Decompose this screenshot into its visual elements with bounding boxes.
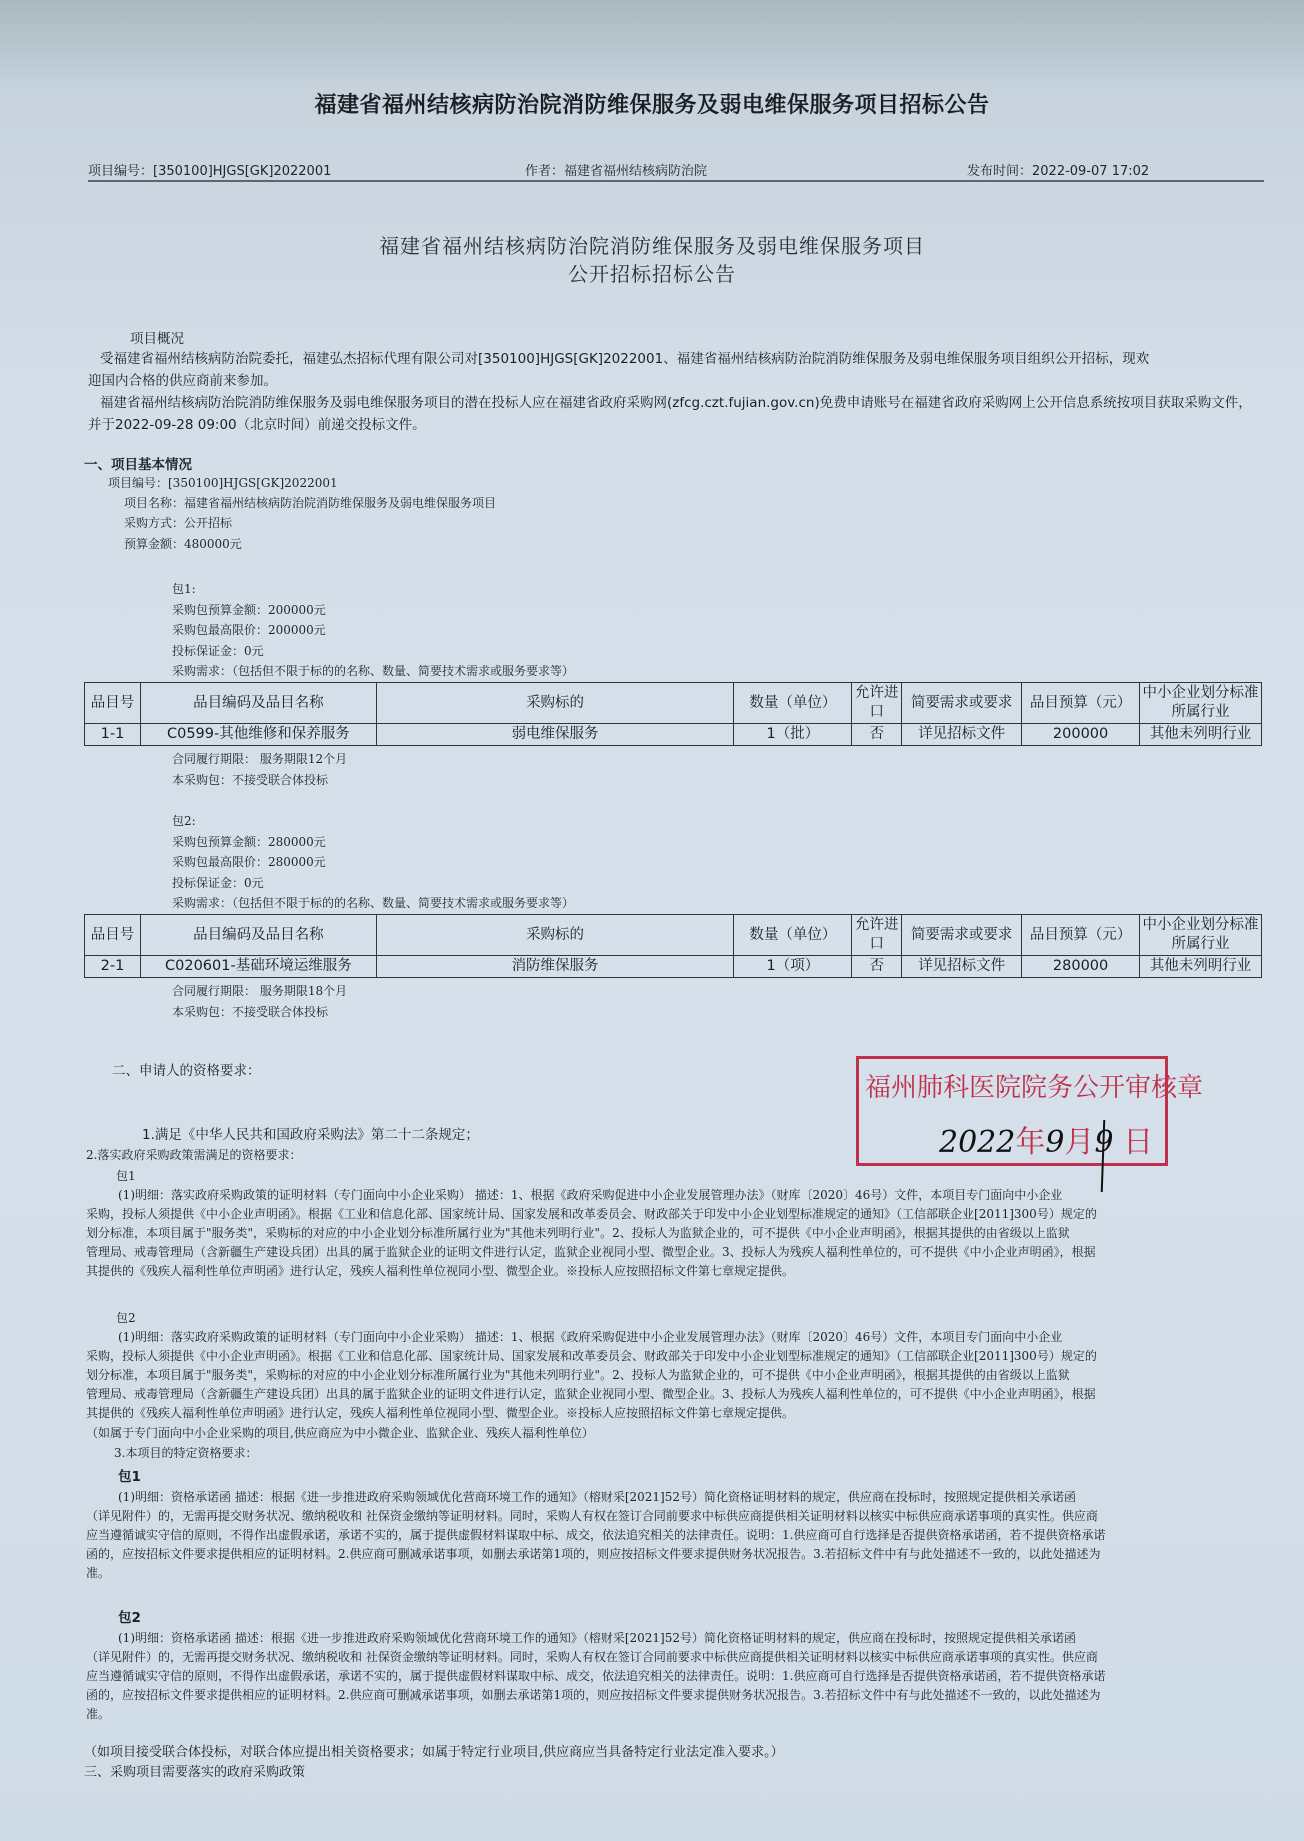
document-page: 福建省福州结核病防治院消防维保服务及弱电维保服务项目招标公告 项目编号：[350… xyxy=(0,0,1304,1841)
section2-special-pkg1-block: (1)明细：资格承诺函 描述：根据《进一步推进政府采购领域优化营商环境工作的通知… xyxy=(86,1488,1266,1583)
overview-para2-line2: 并于2022-09-28 09:00（北京时间）前递交投标文件。 xyxy=(88,414,426,436)
text-line: 函的，应按招标文件要求提供相应的证明材料。2.供应商可删减承诺事项，如删去承诺第… xyxy=(86,1686,1266,1705)
cell-item-no: 1-1 xyxy=(85,724,141,746)
text-line: (1)明细：落实政府采购政策的证明材料（专门面向中小企业采购） 描述：1、根据《… xyxy=(86,1186,1266,1205)
document-title-line1: 福建省福州结核病防治院消防维保服务及弱电维保服务项目 xyxy=(0,230,1304,259)
col-header-requirements: 简要需求或要求 xyxy=(902,683,1022,724)
document-title-line2: 公开招标招标公告 xyxy=(0,258,1304,287)
stamp-month: 9 xyxy=(1045,1125,1064,1160)
web-page-title: 福建省福州结核病防治院消防维保服务及弱电维保服务项目招标公告 xyxy=(0,88,1304,119)
cell-item-code-name: C020601-基础环境运维服务 xyxy=(140,956,376,978)
pkg1-items-table: 品目号 品目编码及品目名称 采购标的 数量（单位） 允许进口 简要需求或要求 品… xyxy=(84,682,1262,746)
cell-item-no: 2-1 xyxy=(85,956,141,978)
author-label: 作者： xyxy=(525,164,564,179)
section2-req1: 1.满足《中华人民共和国政府采购法》第二十二条规定； xyxy=(142,1124,479,1146)
publish-time-value: 2022-09-07 17:02 xyxy=(1032,164,1149,179)
pkg2-deposit: 投标保证金：0元 xyxy=(172,874,264,893)
overview-para1-line1: 受福建省福州结核病防治院委托，福建弘杰招标代理有限公司对[350100]HJGS… xyxy=(100,348,1149,370)
section2-special-pkg2-block: (1)明细：资格承诺函 描述：根据《进一步推进政府采购领域优化营商环境工作的通知… xyxy=(86,1629,1266,1724)
cell-quantity: 1（项） xyxy=(734,956,852,978)
cell-subject: 弱电维保服务 xyxy=(376,724,734,746)
col-header-budget: 品目预算（元） xyxy=(1022,915,1140,956)
pkg2-items-table: 品目号 品目编码及品目名称 采购标的 数量（单位） 允许进口 简要需求或要求 品… xyxy=(84,914,1262,978)
col-header-item-no: 品目号 xyxy=(85,915,141,956)
section2-sme-note: （如属于专门面向中小企业采购的项目,供应商应为中小微企业、监狱企业、残疾人福利性… xyxy=(86,1424,594,1443)
pkg1-demand: 采购需求：（包括但不限于标的的名称、数量、简要技术需求或服务要求等） xyxy=(172,662,574,681)
pkg1-deposit: 投标保证金：0元 xyxy=(172,642,264,661)
text-line: (1)明细：资格承诺函 描述：根据《进一步推进政府采购领域优化营商环境工作的通知… xyxy=(86,1488,1266,1507)
col-header-import: 允许进口 xyxy=(852,683,902,724)
overview-para1-line2: 迎国内合格的供应商前来参加。 xyxy=(88,370,277,392)
section1-project-name: 项目名称：福建省福州结核病防治院消防维保服务及弱电维保服务项目 xyxy=(124,494,496,513)
section2-req3: 3.本项目的特定资格要求： xyxy=(114,1444,257,1463)
pkg2-max-price: 采购包最高限价：280000元 xyxy=(172,853,326,872)
col-header-subject: 采购标的 xyxy=(376,915,734,956)
text-line: 管理局、戒毒管理局（含新疆生产建设兵团）出具的属于监狱企业的证明文件进行认定，监… xyxy=(86,1243,1266,1262)
text-line: 管理局、戒毒管理局（含新疆生产建设兵团）出具的属于监狱企业的证明文件进行认定，监… xyxy=(86,1385,1266,1404)
text-line: 采购，投标人须提供《中小企业声明函》。根据《工业和信息化部、国家统计局、国家发展… xyxy=(86,1205,1266,1224)
pkg2-consortium: 本采购包：不接受联合体投标 xyxy=(172,1003,328,1022)
col-header-budget: 品目预算（元） xyxy=(1022,683,1140,724)
meta-publish-time: 发布时间：2022-09-07 17:02 xyxy=(967,160,1149,179)
table-row: 1-1 C0599-其他维修和保养服务 弱电维保服务 1（批） 否 详见招标文件… xyxy=(85,724,1262,746)
text-line: 准。 xyxy=(86,1564,1266,1583)
section1-heading: 一、项目基本情况 xyxy=(84,454,192,476)
section2-heading: 二、申请人的资格要求： xyxy=(112,1060,261,1082)
col-header-industry: 中小企业划分标准所属行业 xyxy=(1140,915,1262,956)
publish-time-label: 发布时间： xyxy=(967,164,1032,179)
pkg2-label: 包2: xyxy=(172,812,196,831)
pkg1-term: 合同履行期限： 服务期限12个月 xyxy=(172,750,347,769)
col-header-subject: 采购标的 xyxy=(376,683,734,724)
cell-import: 否 xyxy=(852,724,902,746)
pkg2-term: 合同履行期限： 服务期限18个月 xyxy=(172,982,347,1001)
pkg1-max-price: 采购包最高限价：200000元 xyxy=(172,621,326,640)
section2-special-pkg2-label: 包2 xyxy=(118,1607,141,1629)
stamp-year-unit: 年 xyxy=(1015,1125,1045,1160)
cell-requirements: 详见招标文件 xyxy=(902,724,1022,746)
col-header-quantity: 数量（单位） xyxy=(734,683,852,724)
pkg2-budget: 采购包预算金额：280000元 xyxy=(172,833,326,852)
meta-author: 作者：福建省福州结核病防治院 xyxy=(525,160,707,179)
project-no-value: [350100]HJGS[GK]2022001 xyxy=(153,164,331,179)
col-header-requirements: 简要需求或要求 xyxy=(902,915,1022,956)
project-no-label: 项目编号： xyxy=(88,164,153,179)
header-divider xyxy=(88,180,1264,182)
text-line: （详见附件）的，无需再提交财务状况、缴纳税收和 社保资金缴纳等证明材料。同时，采… xyxy=(86,1507,1266,1526)
text-line: 应当遵循诚实守信的原则，不得作出虚假承诺，承诺不实的，属于提供虚假材料谋取中标、… xyxy=(86,1667,1266,1686)
stamp-day-unit: 日 xyxy=(1123,1125,1153,1160)
text-line: 其提供的《残疾人福利性单位声明函》进行认定，残疾人福利性单位视同小型、微型企业。… xyxy=(86,1404,1266,1423)
review-stamp: 福州肺科医院院务公开审核章 2022年9月9 日 xyxy=(856,1056,1168,1166)
pkg2-demand: 采购需求：（包括但不限于标的的名称、数量、简要技术需求或服务要求等） xyxy=(172,894,574,913)
text-line: 函的，应按招标文件要求提供相应的证明材料。2.供应商可删减承诺事项，如删去承诺第… xyxy=(86,1545,1266,1564)
col-header-item-code-name: 品目编码及品目名称 xyxy=(140,683,376,724)
cell-import: 否 xyxy=(852,956,902,978)
pkg1-consortium: 本采购包：不接受联合体投标 xyxy=(172,771,328,790)
pkg1-budget: 采购包预算金额：200000元 xyxy=(172,601,326,620)
cell-item-code-name: C0599-其他维修和保养服务 xyxy=(140,724,376,746)
section2-consortium-note: （如项目接受联合体投标，对联合体应提出相关资格要求；如属于特定行业项目,供应商应… xyxy=(84,1742,784,1764)
overview-heading: 项目概况 xyxy=(130,328,184,350)
text-line: 采购，投标人须提供《中小企业声明函》。根据《工业和信息化部、国家统计局、国家发展… xyxy=(86,1347,1266,1366)
section2-pkg1-label: 包1 xyxy=(116,1167,136,1186)
section2-pkg2-block: (1)明细：落实政府采购政策的证明材料（专门面向中小企业采购） 描述：1、根据《… xyxy=(86,1328,1266,1423)
meta-project-no: 项目编号：[350100]HJGS[GK]2022001 xyxy=(88,160,331,179)
text-line: 划分标准，本项目属于"服务类"，采购标的对应的中小企业划分标准所属行业为"其他未… xyxy=(86,1366,1266,1385)
col-header-item-no: 品目号 xyxy=(85,683,141,724)
cell-budget: 280000 xyxy=(1022,956,1140,978)
cell-industry: 其他未列明行业 xyxy=(1140,956,1262,978)
text-line: 划分标准，本项目属于"服务类"，采购标的对应的中小企业划分标准所属行业为"其他未… xyxy=(86,1224,1266,1243)
text-line: 准。 xyxy=(86,1705,1266,1724)
text-line: 其提供的《残疾人福利性单位声明函》进行认定，残疾人福利性单位视同小型、微型企业。… xyxy=(86,1262,1266,1281)
text-line: （详见附件）的，无需再提交财务状况、缴纳税收和 社保资金缴纳等证明材料。同时，采… xyxy=(86,1648,1266,1667)
cell-budget: 200000 xyxy=(1022,724,1140,746)
cell-requirements: 详见招标文件 xyxy=(902,956,1022,978)
pkg1-label: 包1: xyxy=(172,580,196,599)
section2-req2: 2.落实政府采购政策需满足的资格要求： xyxy=(86,1146,301,1165)
text-line: (1)明细：资格承诺函 描述：根据《进一步推进政府采购领域优化营商环境工作的通知… xyxy=(86,1629,1266,1648)
section1-budget: 预算金额：480000元 xyxy=(124,535,242,554)
table-row: 2-1 C020601-基础环境运维服务 消防维保服务 1（项） 否 详见招标文… xyxy=(85,956,1262,978)
table-header-row: 品目号 品目编码及品目名称 采购标的 数量（单位） 允许进口 简要需求或要求 品… xyxy=(85,683,1262,724)
table-header-row: 品目号 品目编码及品目名称 采购标的 数量（单位） 允许进口 简要需求或要求 品… xyxy=(85,915,1262,956)
col-header-item-code-name: 品目编码及品目名称 xyxy=(140,915,376,956)
stamp-year: 2022 xyxy=(939,1125,1015,1160)
stamp-title: 福州肺科医院院务公开审核章 xyxy=(865,1067,1203,1104)
cell-industry: 其他未列明行业 xyxy=(1140,724,1262,746)
cell-subject: 消防维保服务 xyxy=(376,956,734,978)
overview-para2-line1: 福建省福州结核病防治院消防维保服务及弱电维保服务项目的潜在投标人应在福建省政府采… xyxy=(100,392,1252,414)
author-value: 福建省福州结核病防治院 xyxy=(564,164,707,179)
section2-pkg2-label: 包2 xyxy=(116,1309,136,1328)
section1-method: 采购方式：公开招标 xyxy=(124,514,232,533)
section2-special-pkg1-label: 包1 xyxy=(118,1466,141,1488)
col-header-import: 允许进口 xyxy=(852,915,902,956)
col-header-quantity: 数量（单位） xyxy=(734,915,852,956)
section3-heading: 三、采购项目需要落实的政府采购政策 xyxy=(84,1762,305,1784)
section1-project-no: 项目编号：[350100]HJGS[GK]2022001 xyxy=(108,474,338,493)
text-line: 应当遵循诚实守信的原则，不得作出虚假承诺，承诺不实的，属于提供虚假材料谋取中标、… xyxy=(86,1526,1266,1545)
stamp-date: 2022年9月9 日 xyxy=(939,1117,1153,1161)
stamp-month-unit: 月 xyxy=(1064,1125,1094,1160)
col-header-industry: 中小企业划分标准所属行业 xyxy=(1140,683,1262,724)
section2-pkg1-block: (1)明细：落实政府采购政策的证明材料（专门面向中小企业采购） 描述：1、根据《… xyxy=(86,1186,1266,1281)
cell-quantity: 1（批） xyxy=(734,724,852,746)
text-line: (1)明细：落实政府采购政策的证明材料（专门面向中小企业采购） 描述：1、根据《… xyxy=(86,1328,1266,1347)
